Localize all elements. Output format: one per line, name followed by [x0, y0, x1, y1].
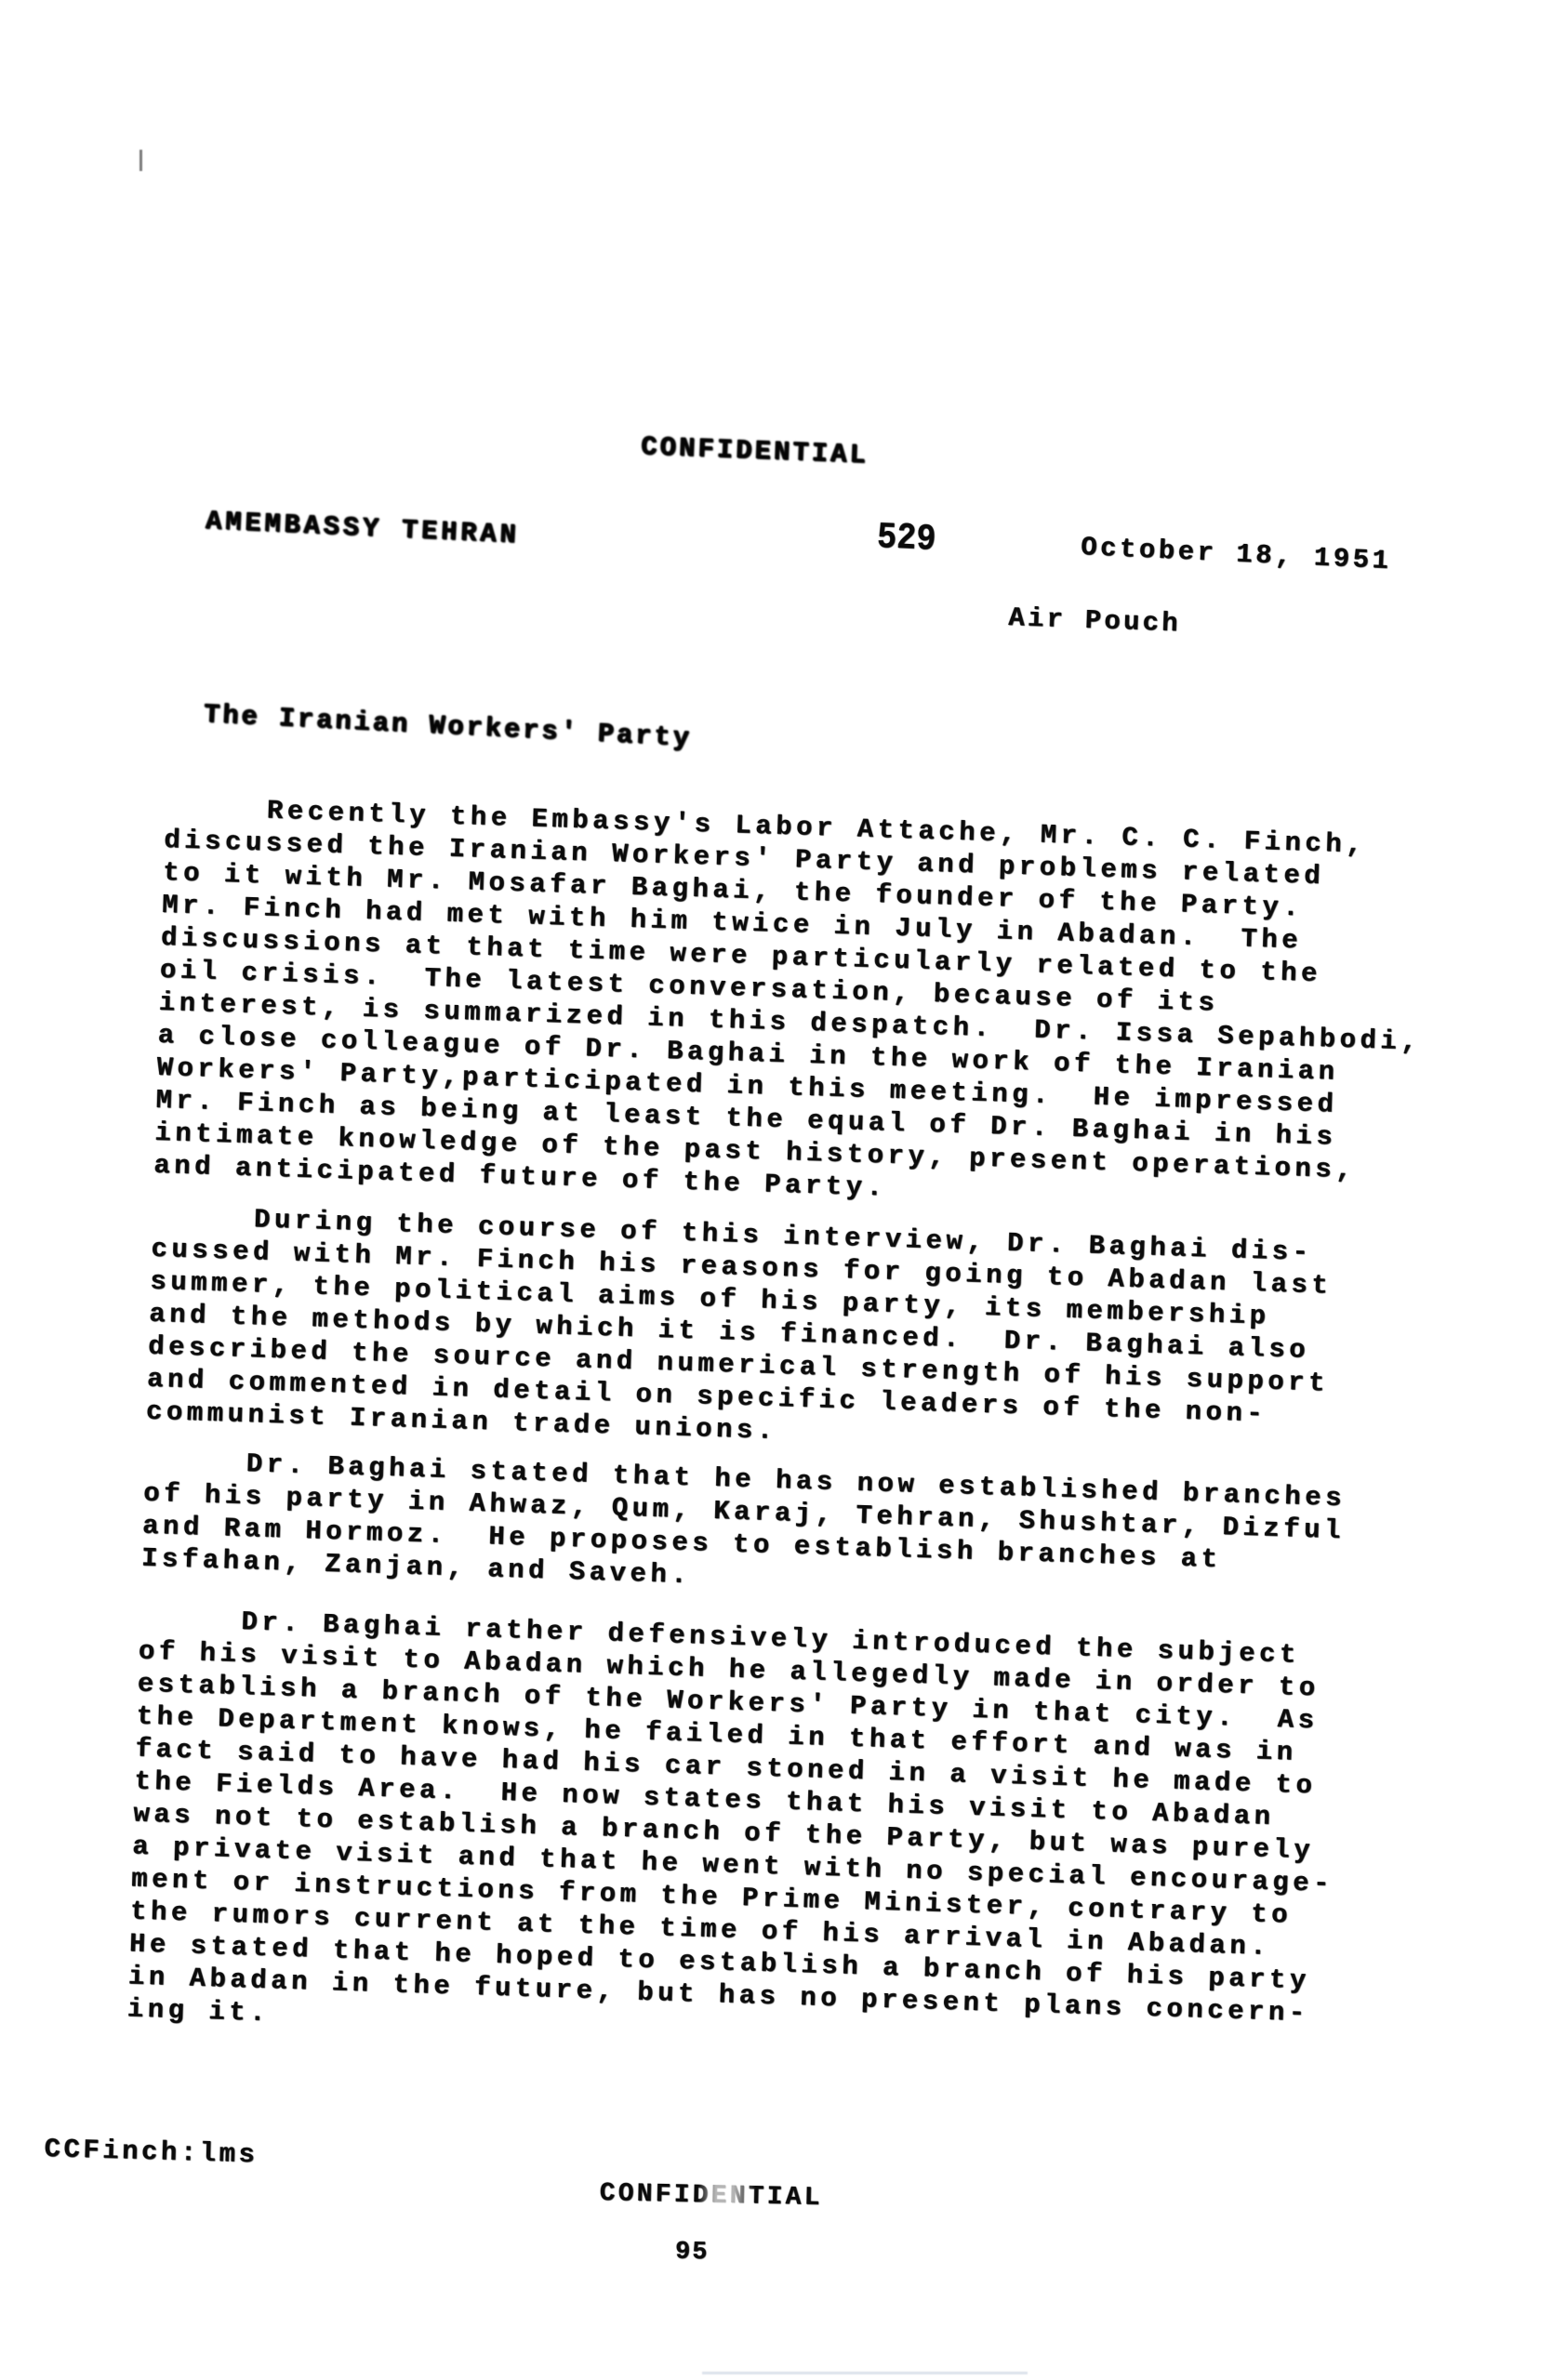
classification-stamp-bottom: CONFIDENTIAL [599, 2179, 823, 2213]
page-number: 95 [675, 2239, 710, 2268]
document-page: CONFIDENTIAL AMEMBASSY TEHRAN 529 Octobe… [0, 0, 1566, 2380]
despatch-number: 529 [876, 517, 936, 562]
embassy-name: AMEMBASSY TEHRAN [206, 506, 521, 550]
paragraph-4: Dr. Baghai rather defensively introduced… [126, 1603, 1460, 2067]
paragraph-2: During the course of this interview, Dr.… [145, 1200, 1472, 1469]
transmission-method: Air Pouch [1008, 602, 1181, 639]
scan-artifact-line [702, 2372, 1028, 2374]
classification-stamp-top: CONFIDENTIAL [641, 431, 869, 470]
paragraph-1: Recently the Embassy's Labor Attache, Mr… [153, 791, 1485, 1223]
drafter-initials: CCFinch:lms [44, 2134, 259, 2170]
pen-mark [139, 150, 142, 171]
paragraph-3: Dr. Baghai stated that he has now establ… [141, 1445, 1466, 1617]
despatch-date: October 18, 1951 [1081, 532, 1393, 576]
body-text: Recently the Embassy's Labor Attache, Mr… [126, 791, 1485, 2067]
subject-line: The Iranian Workers' Party [203, 699, 692, 754]
